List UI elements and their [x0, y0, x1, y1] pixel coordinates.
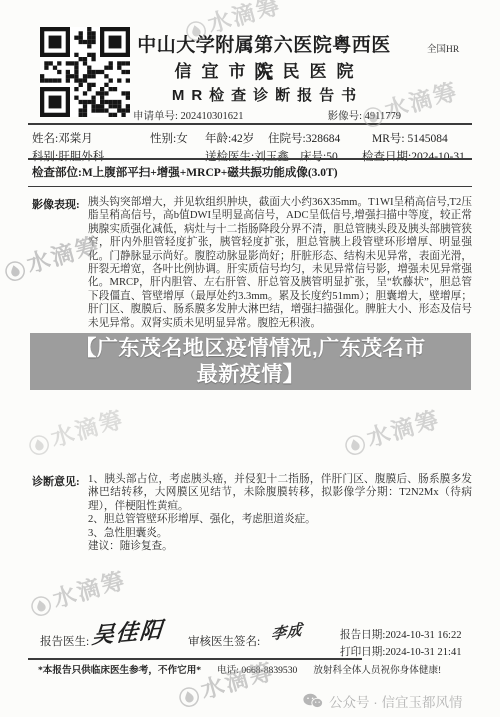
qr-code: [40, 27, 130, 117]
report-title: MR检查诊断报告书: [128, 84, 400, 105]
official-account-text: 公众号 · 信宜玉都风情: [329, 691, 463, 711]
patient-admission-no-field: 住院号:328684: [268, 130, 372, 146]
divider: [28, 123, 472, 125]
censor-overlay-banner: 【广东茂名地区疫情情况,广东茂名市 最新疫情】: [30, 333, 471, 390]
waterdrop-icon: [28, 593, 54, 619]
watermark-text: 水滴筹: [48, 562, 129, 614]
diagnosis-items: 1、胰头部占位，考虑胰头癌，并侵犯十二指肠，伴肝门区、腹膜后、肠系膜多发淋巴结转…: [88, 473, 472, 553]
mr-report-page: 水滴筹 水滴筹 水滴筹 水滴筹 水滴筹 水滴筹 水滴筹 中山大学附属第六医院粤西…: [0, 0, 500, 717]
exam-region-label: 检查部位:: [32, 167, 82, 179]
waterdrop-icon: [342, 432, 368, 458]
divider: [28, 186, 472, 187]
watermark: 水滴筹: [339, 401, 443, 460]
watermark: 水滴筹: [23, 401, 127, 460]
national-tag: 全国HR: [427, 41, 459, 55]
image-number: 影像号: 4911779: [328, 108, 401, 123]
footnote-row: *本报告只供临床医生参考，不作它用* 电话: 0668-8839530 放射科全…: [38, 662, 468, 676]
divider: [28, 158, 472, 160]
exam-region-row: 检查部位:M上腹部平扫+增强+MRCP+磁共振功能成像(3.0T): [32, 164, 338, 180]
report-dates: 报告日期:2024-10-31 16:22 打印日期:2024-10-31 21…: [340, 627, 462, 661]
report-numbers: 申请单号: 202410301621 影像号: 4911779: [133, 108, 401, 123]
wish-text: 放射科全体人员祝你身体健康!: [313, 662, 441, 676]
review-doctor-label: 审核医生签名:: [188, 633, 260, 649]
patient-name-field: 姓名:邓棠月: [32, 130, 150, 146]
diagnosis-item: 3、急性胆囊炎。: [88, 527, 472, 540]
findings-text: 胰头钩突部增大，并见软组织肿块，截面大小约36X35mm。T1WI呈稍高信号,T…: [88, 196, 472, 330]
waterdrop-icon: [26, 432, 52, 458]
review-doctor-signature: 李成: [270, 618, 304, 645]
patient-dept-field: 科别:肝胆外科: [32, 148, 205, 164]
watermark: 水滴筹: [25, 562, 129, 621]
exam-region-value: M上腹部平扫+增强+MRCP+磁共振功能成像(3.0T): [82, 167, 338, 179]
patient-info-row1: 姓名:邓棠月 性别:女 年龄:42岁 住院号:328684 MR号: 51450…: [32, 130, 476, 146]
request-number: 申请单号: 202410301621: [133, 108, 244, 123]
diagnosis-label: 诊断意见:: [32, 473, 88, 489]
referring-doctor-field: 送检医生:刘玉鑫: [205, 148, 300, 164]
image-number-label: 影像号:: [328, 111, 362, 122]
overlay-text-line2: 最新疫情】: [197, 362, 305, 388]
diagnosis-section: 诊断意见: 1、胰头部占位，考虑胰头癌，并侵犯十二指肠，伴肝门区、腹膜后、肠系膜…: [32, 473, 472, 553]
overlay-text-line1: 【广东茂名地区疫情情况,广东茂名市: [75, 336, 425, 362]
findings-label: 影像表现:: [32, 196, 88, 212]
image-number-value: 4911779: [365, 111, 401, 122]
diagnosis-item: 1、胰头部占位，考虑胰头癌，并侵犯十二指肠，伴肝门区、腹膜后、肠系膜多发淋巴结转…: [88, 473, 472, 513]
patient-age-field: 年龄:42岁: [205, 130, 268, 146]
qr-code-image: [40, 27, 130, 117]
request-number-value: 202410301621: [181, 111, 244, 122]
report-doctor-label: 报告医生:: [40, 633, 89, 649]
exam-date-field: 检查日期:2024-10-31: [362, 148, 476, 164]
diagnosis-item: 2、胆总管管壁环形增厚、强化，考虑胆道炎症。: [88, 513, 472, 526]
request-number-label: 申请单号:: [133, 111, 178, 122]
divider: [28, 658, 362, 660]
watermark-text: 水滴筹: [46, 401, 127, 453]
print-date-label: 打印日期:: [340, 647, 385, 658]
phone-field: 电话: 0668-8839530: [217, 662, 297, 676]
waterdrop-icon: [176, 684, 202, 710]
disclaimer-text: *本报告只供临床医生参考，不作它用*: [38, 662, 201, 676]
signature-row: 报告医生: 吴佳阳 审核医生签名: 李成 报告日期:2024-10-31 16:…: [28, 618, 476, 658]
report-date-label: 报告日期:: [340, 630, 385, 641]
bed-no-field: 床号:50: [300, 148, 362, 164]
findings-section: 影像表现: 胰头钩突部增大，并见软组织肿块，截面大小约36X35mm。T1WI呈…: [32, 196, 472, 330]
report-doctor-signature: 吴佳阳: [91, 613, 165, 651]
footer-account: 公众号 · 信宜玉都风情: [303, 691, 463, 711]
wechat-icon: [303, 693, 323, 709]
patient-info-row2: 科别:肝胆外科 送检医生:刘玉鑫 床号:50 检查日期:2024-10-31: [32, 148, 476, 164]
watermark-text: 水滴筹: [362, 401, 443, 453]
hospital-name-line2: 信宜市人民医院: [128, 57, 400, 82]
report-date-value: 2024-10-31 16:22: [385, 630, 461, 641]
patient-mr-no-field: MR号: 5145084: [372, 130, 476, 146]
patient-sex-field: 性别:女: [150, 130, 205, 146]
print-date-value: 2024-10-31 21:41: [385, 647, 461, 658]
diagnosis-item: 建议：随诊复查。: [88, 540, 472, 553]
watermark-text: 水滴筹: [196, 653, 277, 705]
waterdrop-icon: [2, 258, 28, 284]
